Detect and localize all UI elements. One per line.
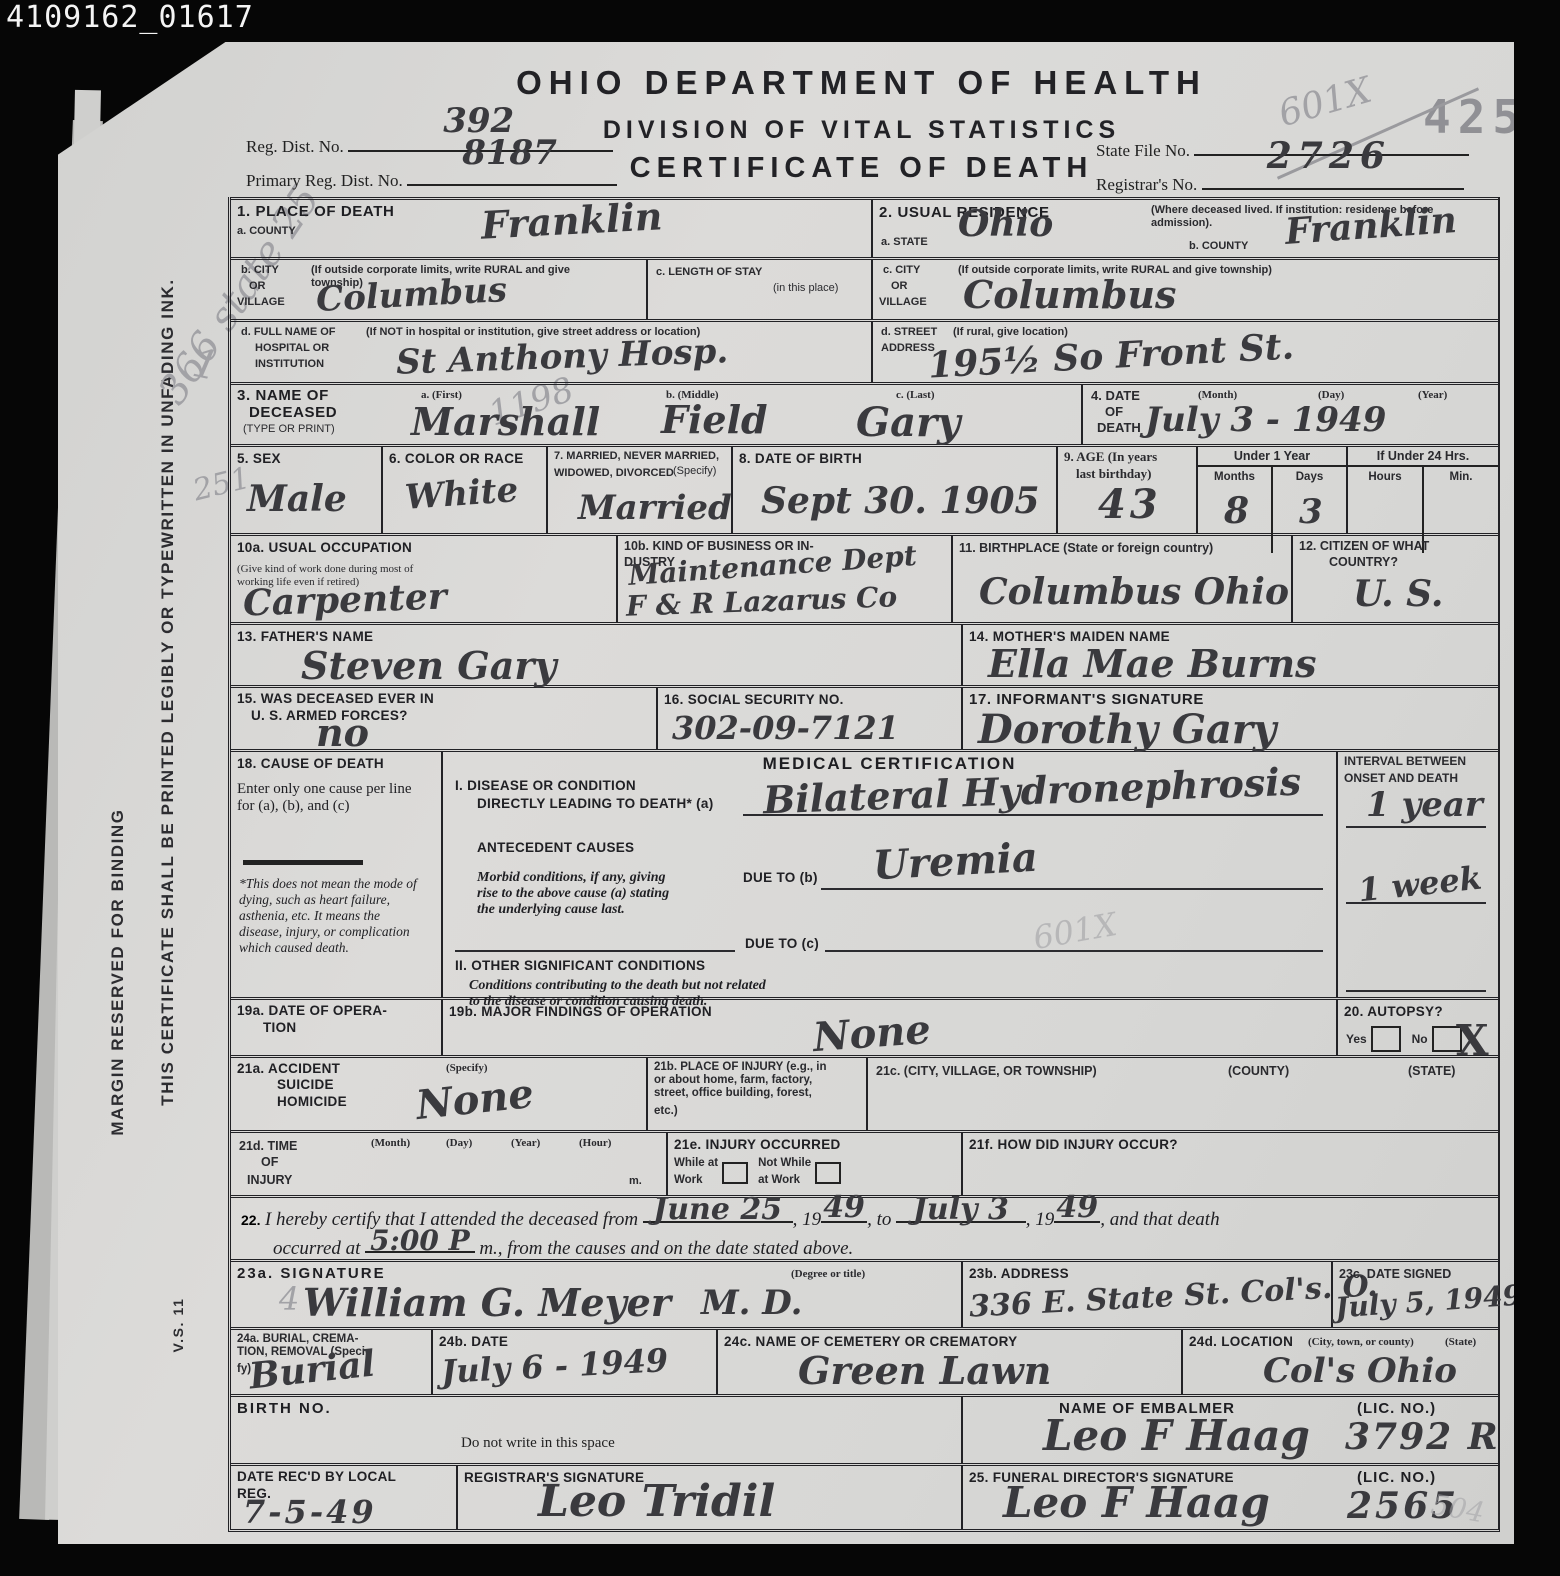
margin-print-note: THIS CERTIFICATE SHALL BE PRINTED LEGIBL… [158,147,178,1237]
field-date-of-death: 4. DATE OF DEATH (Month) (Day) (Year) Ju… [1081,385,1498,444]
birth-no-label: BIRTH NO. [237,1400,332,1417]
field-place-of-death-county: 1. PLACE OF DEATH a. COUNTY Franklin [231,200,871,257]
field-usual-residence: 2. USUAL RESIDENCE (Where deceased lived… [871,200,1498,257]
length-of-stay-label: c. LENGTH OF STAY [656,266,762,279]
field-burial-date: 24b. DATE July 6 - 1949 [431,1330,716,1394]
do-not-write-note: Do not write in this space [461,1435,615,1452]
days-label: Days [1273,467,1346,484]
field-age-under-1-year: Under 1 Year Months 8 Days 3 [1196,447,1346,533]
field-injury-city: 21c. (CITY, VILLAGE, OR TOWNSHIP) (COUNT… [866,1058,1498,1130]
injury-time-label: 21d. TIME [239,1139,297,1153]
field-date-received: DATE REC'D BY LOCAL REG. 7-5-49 [231,1466,456,1529]
ssn-value: 302-09-7121 [672,712,899,744]
field-marital-status: 7. MARRIED, NEVER MARRIED, WIDOWED, DIVO… [546,447,731,533]
not-while-at-work-label: Not While [758,1157,811,1170]
certify-from-year: 49 [823,1190,865,1225]
autopsy-no-mark: X [1456,1020,1489,1062]
field-mothers-maiden-name: 14. MOTHER'S MAIDEN NAME Ella Mae Burns [961,625,1498,685]
place-of-death-title: 1. PLACE OF DEATH [237,203,394,220]
cause-note-1: Enter only one cause per line for (a), (… [237,781,417,815]
cause-of-death-label: 18. CAUSE OF DEATH [237,756,384,771]
field-injury-occurred: 21e. INJURY OCCURRED While at Work Not W… [666,1133,961,1195]
marital-label: 7. MARRIED, NEVER MARRIED, [554,450,725,463]
certify-from-value: June 25 [653,1192,782,1227]
birthplace-value: Columbus Ohio [979,574,1289,610]
registrar-no-value: 2726 [1267,138,1391,174]
other-conditions-label: II. OTHER SIGNIFICANT CONDITIONS [455,958,705,974]
certify-text-7: m., from the causes and on the date stat… [479,1238,853,1259]
occupation-value: Carpenter [242,578,447,621]
interval-a-value: 1 year [1366,788,1483,822]
field-date-signed: 23c. DATE SIGNED July 5, 1949 [1331,1262,1498,1327]
location-label: 24d. LOCATION [1189,1334,1293,1349]
certificate-header: OHIO DEPARTMENT OF HEALTH DIVISION OF VI… [228,54,1495,196]
burial-date-value: July 6 - 1949 [440,1344,669,1388]
deceased-title-2: DECEASED [249,404,337,421]
pencil-4: 4 [279,1280,299,1318]
marital-value: Married [578,491,732,525]
due-to-b-value: Uremia [872,838,1039,887]
burial-label-1: 24a. BURIAL, CREMA- [237,1333,425,1346]
hospital-label-3: INSTITUTION [255,358,324,371]
injury-place-label-2: or about home, farm, factory, [654,1074,860,1087]
embalmer-value: Leo F Haag [1043,1415,1310,1457]
cemetery-value: Green Lawn [798,1352,1051,1390]
specify-note: (Specify) [446,1062,488,1075]
field-cemetery-location: 24d. LOCATION (City, town, or county) (S… [1181,1330,1498,1394]
scan-file-tag: 4109162_01617 [6,0,254,35]
race-value: White [404,473,519,515]
field-physician-address: 23b. ADDRESS 336 E. State St. Col's. O. [961,1262,1331,1327]
injury-day-label: (Day) [446,1137,472,1150]
field-autopsy: 20. AUTOPSY? Yes No X [1336,1000,1498,1055]
ssn-label: 16. SOCIAL SECURITY NO. [664,692,844,707]
registrar-no-label: Registrar's No. [1096,175,1197,194]
location-state-note: (State) [1445,1336,1476,1349]
injury-time-label-2: OF [261,1155,278,1169]
under-24-hrs-header: If Under 24 Hrs. [1348,447,1498,467]
residence-state-value: Ohio [958,206,1053,242]
residence-city-value: Columbus [963,276,1176,314]
field-color-or-race: 6. COLOR OR RACE White [381,447,546,533]
primary-reg-label: Primary Reg. Dist. No. [246,171,403,190]
field-name-of-deceased: 3. NAME OF DECEASED (TYPE OR PRINT) a. (… [231,385,1081,444]
field-birthplace: 11. BIRTHPLACE (State or foreign country… [951,536,1291,622]
scanned-death-certificate: 4109162_01617 THIS CERTIFICATE SHALL BE … [0,0,1560,1576]
margin-binding-note: MARGIN RESERVED FOR BINDING [108,642,128,1302]
field-hospital-name: d. FULL NAME OF HOSPITAL OR INSTITUTION … [231,322,871,382]
field-cemetery-name: 24c. NAME OF CEMETERY OR CREMATORY Green… [716,1330,1181,1394]
injury-place-label-1: 21b. PLACE OF INJURY (e.g., in [654,1061,860,1074]
certify-number: 22. [241,1212,260,1228]
last-name-value: Gary [856,403,960,443]
field-time-of-injury: 21d. TIME OF INJURY (Month) (Day) (Year)… [231,1133,666,1195]
date-signed-label: 23c. DATE SIGNED [1339,1267,1451,1281]
injury-place-label-3: street, office building, forest, [654,1087,860,1100]
certify-to-year: 49 [1056,1190,1098,1225]
injury-place-label-4: etc.) [654,1105,678,1117]
reg-dist-label: Reg. Dist. No. [246,137,344,156]
registrar-no-line: 2726 [1202,170,1464,190]
injury-time-label-3: INJURY [247,1173,292,1187]
father-label: 13. FATHER'S NAME [237,629,373,644]
field-length-of-stay: c. LENGTH OF STAY (in this place) [646,260,871,319]
field-date-of-birth: 8. DATE OF BIRTH Sept 30. 1905 [731,447,1056,533]
residence-city-label-or: OR [891,280,908,293]
occupation-label: 10a. USUAL OCCUPATION [237,540,412,555]
operation-date-label: 19a. DATE OF OPERA- [237,1003,435,1019]
citizen-label: 12. CITIZEN OF WHAT [1299,539,1492,553]
embalmer-lic-label: (LIC. NO.) [1357,1400,1436,1417]
age-label: 9. AGE (In years [1064,450,1190,465]
hours-label: Hours [1348,467,1422,484]
informant-value: Dorothy Gary [978,710,1276,750]
months-value: 8 [1224,493,1249,529]
marital-label-2: WIDOWED, DIVORCED [554,467,674,479]
how-injury-label: 21f. HOW DID INJURY OCCUR? [969,1137,1178,1152]
certify-text-5: , and that death [1100,1209,1219,1230]
min-label: Min. [1424,467,1498,484]
dob-label: 8. DATE OF BIRTH [739,451,862,466]
disease-label-2: DIRECTLY LEADING TO DEATH* (a) [477,796,714,812]
date-signed-value: July 5, 1949 [1334,1282,1523,1323]
certificate-form-grid: 1. PLACE OF DEATH a. COUNTY Franklin 2. … [228,197,1500,1532]
homicide-label: HOMICIDE [277,1094,347,1109]
autopsy-label: 20. AUTOPSY? [1344,1004,1443,1019]
city-label: b. CITY [241,264,279,277]
physician-address-label: 23b. ADDRESS [969,1266,1069,1281]
residence-county-label: b. COUNTY [1189,240,1248,253]
burial-date-label: 24b. DATE [439,1334,508,1349]
funeral-director-value: Leo F Haag [1003,1482,1270,1524]
autopsy-yes-checkbox [1371,1026,1401,1052]
certify-text-3: , to [867,1209,891,1230]
business-value-2: F & R Lazarus Co [626,583,898,620]
field-embalmer-lic-no: (LIC. NO.) 3792 R [1331,1397,1498,1463]
state-file-label: State File No. [1096,141,1190,160]
middle-name-value: Field [661,401,768,439]
residence-county-value: Franklin [1284,202,1458,250]
due-to-b-label: DUE TO (b) [743,870,818,886]
street-note: (If rural, give location) [953,326,1068,339]
interval-label-2: ONSET AND DEATH [1344,771,1458,785]
deceased-title: 3. NAME OF [237,387,329,404]
embalmer-lic-value: 3792 R [1345,1419,1500,1455]
certify-to-value: July 3 [913,1192,1009,1227]
field-age: 9. AGE (In years last birthday) 43 [1056,447,1196,533]
sex-value: Male [247,481,347,517]
county-label: a. COUNTY [237,225,296,237]
physician-degree-value: M. D. [701,1286,802,1320]
field-kind-of-business: 10b. KIND OF BUSINESS OR IN- DUSTRY Main… [616,536,951,622]
injury-hour-label: (Hour) [579,1137,611,1150]
certify-text-2: , 19 [793,1209,822,1230]
hospital-value: St Anthony Hosp. [396,334,729,380]
disease-label: I. DISEASE OR CONDITION [455,778,636,794]
certify-time-value: 5:00 P [370,1224,470,1257]
city-label-or: OR [249,280,266,293]
field-burial-type: 24a. BURIAL, CREMA- TION, REMOVAL (Speci… [231,1330,431,1394]
findings-value: None [812,1010,932,1058]
certificate-paper: THIS CERTIFICATE SHALL BE PRINTED LEGIBL… [58,42,1514,1544]
findings-label: 19b. MAJOR FINDINGS OF OPERATION [449,1004,712,1019]
residence-state-label: a. STATE [881,236,928,249]
reg-dist-row: Reg. Dist. No. 392 [246,132,613,157]
field-sex: 5. SEX Male [231,447,381,533]
field-street-address: d. STREET ADDRESS (If rural, give locati… [871,322,1498,382]
field-usual-occupation: 10a. USUAL OCCUPATION (Give kind of work… [231,536,616,622]
field-age-under-24-hrs: If Under 24 Hrs. Hours Min. [1346,447,1498,533]
not-while-at-work-checkbox [815,1162,841,1184]
physician-signature-value: William G. Meyer [303,1284,671,1322]
armed-forces-label: 15. WAS DECEASED EVER IN [237,691,650,707]
margin-form-number: V.S. 11 [170,1290,186,1360]
field-armed-forces: 15. WAS DECEASED EVER IN U. S. ARMED FOR… [231,688,656,749]
not-while-at-work-label-2: at Work [758,1174,800,1186]
accident-value: None [414,1074,535,1126]
field-cause-of-death-sidebar: 18. CAUSE OF DEATH Enter only one cause … [231,752,441,997]
father-value: Steven Gary [301,647,556,685]
while-at-work-checkbox [722,1162,748,1184]
other-note-1: Conditions contributing to the death but… [469,978,889,994]
field-medical-certification: MEDICAL CERTIFICATION I. DISEASE OR COND… [441,752,1336,997]
due-to-c-label: DUE TO (c) [745,936,819,952]
burial-value: Burial [247,1346,376,1395]
field-citizen: 12. CITIZEN OF WHAT COUNTRY? U. S. [1291,536,1498,622]
citizen-value: U. S. [1353,576,1443,612]
morbid-note-2: rise to the above cause (a) stating [477,886,727,902]
hospital-label-2: HOSPITAL OR [255,342,329,355]
marital-note: (Specify) [673,465,716,478]
mother-value: Ella Mae Burns [988,645,1317,683]
age-label-2: last birthday) [1076,466,1151,481]
location-value: Col's Ohio [1263,1354,1457,1388]
occupation-note: (Give kind of work done during most of [237,563,610,576]
operation-date-label-2: TION [263,1020,296,1035]
residence-city-label-village: VILLAGE [879,296,927,309]
date-received-value: 7-5-49 [243,1496,377,1528]
certify-text-4: , 19 [1026,1209,1055,1230]
registrar-no-row: Registrar's No. 2726 [1096,170,1464,195]
days-value: 3 [1299,495,1323,529]
injury-county-label: (COUNTY) [1228,1064,1289,1078]
date-of-death-title-2: OF [1105,405,1123,420]
field-funeral-director-lic-no: (LIC. NO.) 2565 504 [1331,1466,1498,1529]
injury-month-label: (Month) [371,1137,410,1150]
length-of-stay-note: (in this place) [773,282,838,295]
injury-city-label: 21c. (CITY, VILLAGE, OR TOWNSHIP) [876,1064,1097,1078]
location-note: (City, town, or county) [1308,1336,1414,1349]
field-fathers-name: 13. FATHER'S NAME Steven Gary [231,625,961,685]
injury-year-label: (Year) [511,1137,540,1150]
field-embalmer-name: NAME OF EMBALMER Leo F Haag [961,1397,1331,1463]
injury-m-label: m. [629,1175,642,1188]
field-accident-suicide-homicide: 21a. ACCIDENT SUICIDE HOMICIDE (Specify)… [231,1058,646,1130]
hospital-label: d. FULL NAME OF [241,326,336,339]
registrar-signature-value: Leo Tridil [538,1480,775,1524]
field-certify-statement: 22. I hereby certify that I attended the… [231,1198,1498,1259]
field-birth-no: BIRTH NO. Do not write in this space [231,1397,961,1463]
cause-note-2: *This does not mean the mode of dying, s… [239,876,424,956]
autopsy-yes-label: Yes [1346,1032,1367,1046]
field-major-findings: 19b. MAJOR FINDINGS OF OPERATION None [441,1000,1336,1055]
citizen-label-2: COUNTRY? [1329,555,1398,569]
primary-reg-row: Primary Reg. Dist. No. 8187 [246,166,617,191]
funeral-director-lic-label: (LIC. NO.) [1357,1469,1436,1486]
race-label: 6. COLOR OR RACE [389,451,524,466]
city-of-death-value: Columbus [315,273,508,317]
field-ssn: 16. SOCIAL SECURITY NO. 302-09-7121 [656,688,961,749]
field-informant-signature: 17. INFORMANT'S SIGNATURE Dorothy Gary [961,688,1498,749]
field-date-of-operation: 19a. DATE OF OPERA- TION [231,1000,441,1055]
while-at-work-label: While at [674,1157,718,1170]
accident-label: 21a. ACCIDENT [237,1061,640,1077]
armed-forces-value: no [316,714,369,752]
date-of-death-title-3: DEATH [1097,421,1141,436]
certify-text-6: occurred at [273,1238,360,1259]
primary-reg-value: 8187 [462,136,557,170]
date-of-death-value: July 3 - 1949 [1145,403,1386,437]
under-1-year-header: Under 1 Year [1198,447,1346,467]
injury-state-label: (STATE) [1408,1064,1455,1078]
primary-reg-line: 8187 [407,166,617,186]
city-label-village: VILLAGE [237,296,285,309]
first-name-value: Marshall [411,403,600,441]
date-received-label: DATE REC'D BY LOCAL [237,1469,450,1485]
antecedent-label: ANTECEDENT CAUSES [477,840,634,856]
field-city-of-death: b. CITY OR VILLAGE (If outside corporate… [231,260,646,319]
sex-label: 5. SEX [237,451,281,466]
year-label: (Year) [1418,389,1447,402]
field-how-injury-occurred: 21f. HOW DID INJURY OCCUR? [961,1133,1498,1195]
months-label: Months [1198,467,1271,484]
cemetery-label: 24c. NAME OF CEMETERY OR CREMATORY [724,1334,1018,1349]
morbid-note-3: the underlying cause last. [477,902,727,918]
field-place-of-injury: 21b. PLACE OF INJURY (e.g., in or about … [646,1058,866,1130]
autopsy-no-label: No [1412,1032,1428,1046]
residence-city-label: c. CITY [883,264,920,277]
county-value: Franklin [480,197,663,244]
date-of-death-title: 4. DATE [1091,389,1140,404]
street-label: d. STREET [881,326,937,339]
deceased-title-3: (TYPE OR PRINT) [243,423,335,436]
injury-occurred-label: 21e. INJURY OCCURRED [674,1137,841,1152]
field-funeral-director-signature: 25. FUNERAL DIRECTOR'S SIGNATURE Leo F H… [961,1466,1331,1529]
field-registrar-signature: REGISTRAR'S SIGNATURE Leo Tridil [456,1466,961,1529]
birthplace-label: 11. BIRTHPLACE (State or foreign country… [959,541,1213,555]
while-at-work-label-2: Work [674,1174,703,1186]
field-residence-city: c. CITY OR VILLAGE (If outside corporate… [871,260,1498,319]
field-physician-signature: 23a. SIGNATURE (Degree or title) 4 Willi… [231,1262,961,1327]
interval-label: INTERVAL BETWEEN [1344,755,1492,769]
field-interval-column: INTERVAL BETWEEN ONSET AND DEATH 1 year … [1336,752,1498,997]
interval-b-value: 1 week [1357,862,1484,907]
morbid-note-1: Morbid conditions, if any, giving [477,870,727,886]
degree-or-title-note: (Degree or title) [791,1268,865,1281]
dob-value: Sept 30. 1905 [761,483,1040,519]
age-value: 43 [1098,485,1162,525]
